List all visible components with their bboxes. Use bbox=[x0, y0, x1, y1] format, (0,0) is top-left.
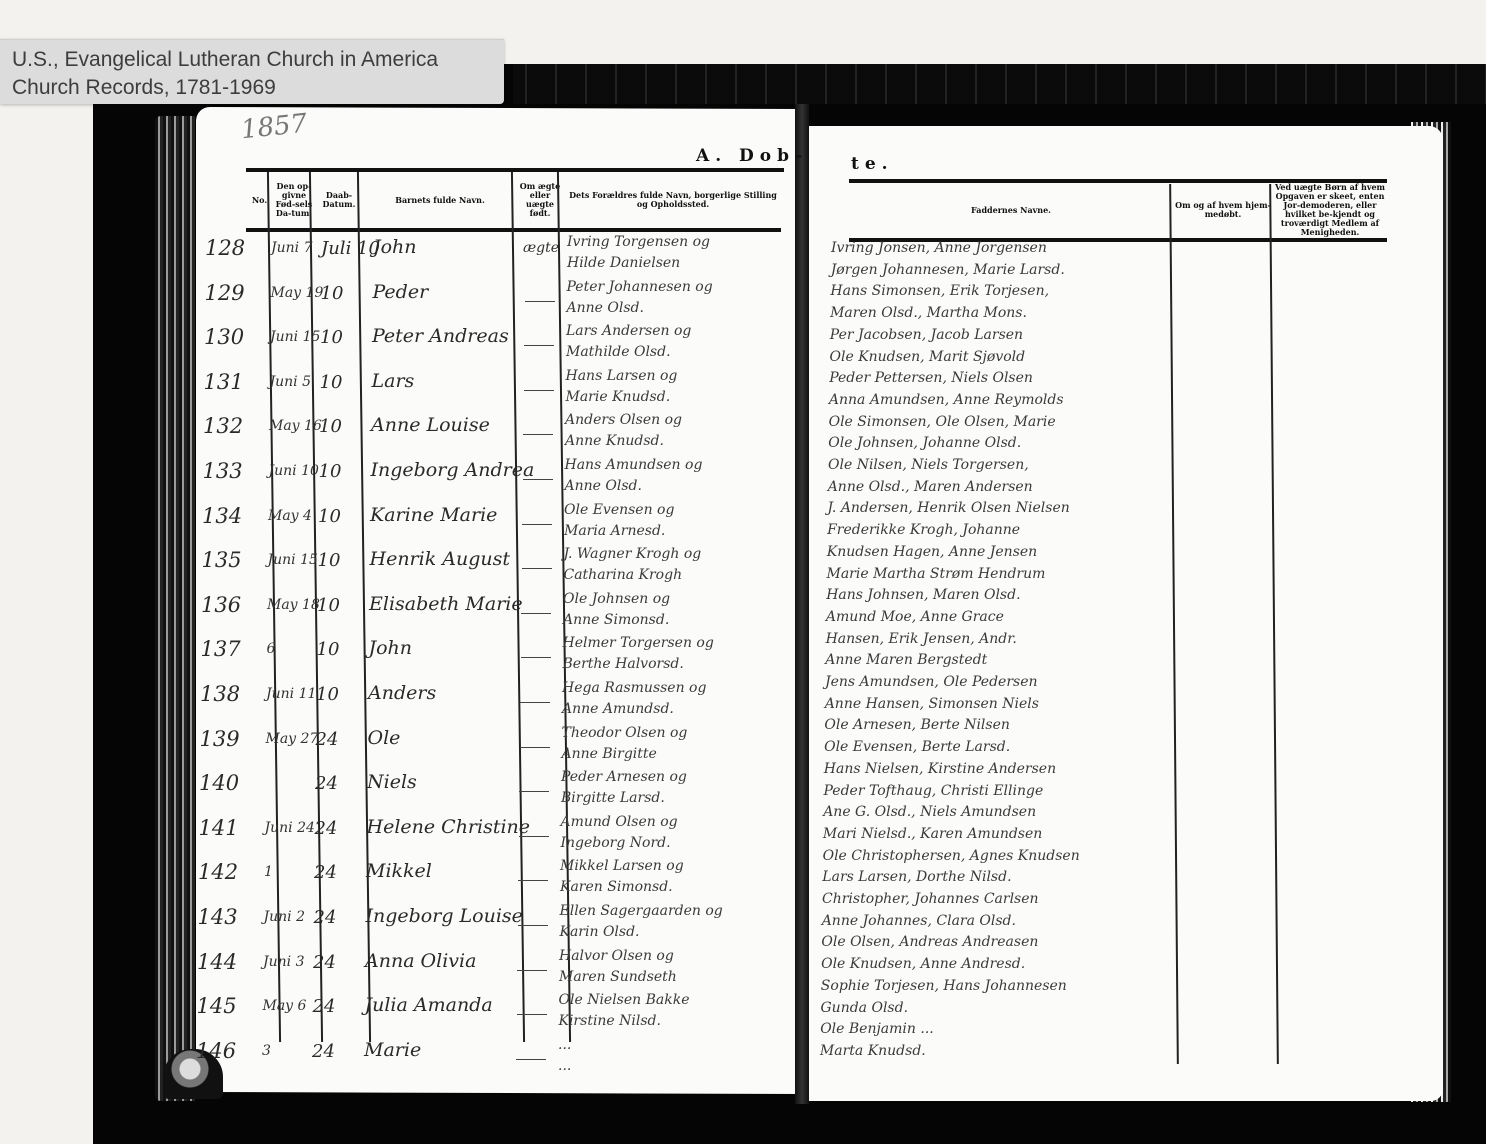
legitimacy-dash bbox=[522, 568, 552, 569]
baptism-date: 24 bbox=[315, 818, 338, 839]
left-column-header: Barnets fulde Navn. bbox=[363, 174, 517, 226]
parent-line: Halvor Olsen og bbox=[559, 948, 674, 964]
birth-date: May 27 bbox=[266, 731, 319, 747]
child-name: John bbox=[369, 637, 413, 659]
sponsor-line: J. Andersen, Henrik Olsen Nielsen bbox=[827, 500, 1069, 516]
parent-line: Ingeborg Nord. bbox=[561, 835, 671, 851]
legitimacy-dash bbox=[524, 345, 554, 346]
child-name: John bbox=[373, 236, 417, 258]
left-column-header: Dets Forældres fulde Navn, borgerlige St… bbox=[563, 174, 783, 226]
parent-line: J. Wagner Krogh og bbox=[564, 546, 702, 562]
parent-line: Hilde Danielsen bbox=[567, 255, 680, 271]
parent-line: Hans Larsen og bbox=[566, 368, 678, 384]
entry-number: 136 bbox=[201, 593, 241, 617]
legitimacy-dash bbox=[518, 925, 548, 926]
birth-date: May 16 bbox=[269, 418, 322, 434]
birth-date: Juni 3 bbox=[263, 954, 304, 970]
baptism-date: 24 bbox=[313, 996, 336, 1017]
entry-number: 143 bbox=[198, 905, 238, 929]
child-name: Karine Marie bbox=[370, 504, 497, 526]
entry-number: 139 bbox=[200, 727, 240, 751]
parent-line: Helmer Torgersen og bbox=[563, 635, 714, 651]
birth-date: Juni 7 bbox=[271, 240, 312, 256]
child-name: Niels bbox=[367, 771, 417, 793]
sponsor-line: Jens Amundsen, Ole Pedersen bbox=[825, 674, 1038, 690]
birth-date: Juni 15 bbox=[270, 329, 320, 345]
sponsor-line: Marie Martha Strøm Hendrum bbox=[827, 566, 1046, 582]
scanner-background bbox=[513, 64, 1486, 104]
sponsor-line: Marta Knudsd. bbox=[820, 1043, 926, 1059]
parent-line: Ole Johnsen og bbox=[563, 591, 670, 607]
baptism-date: 24 bbox=[314, 862, 337, 883]
right-column-header: Faddernes Navne. bbox=[849, 184, 1173, 236]
right-column-header: Ved uægte Børn af hvem Opgaven er skeet,… bbox=[1273, 184, 1387, 236]
parent-line: Mikkel Larsen og bbox=[560, 858, 684, 874]
sponsor-line: Ole Knudsen, Marit Sjøvold bbox=[830, 349, 1026, 365]
sponsor-line: Hans Nielsen, Kirstine Andersen bbox=[824, 761, 1056, 777]
birth-date: 1 bbox=[264, 864, 273, 880]
parent-line: Anne Simonsd. bbox=[563, 612, 669, 628]
baptism-date: 24 bbox=[314, 907, 337, 928]
record-image-viewer[interactable]: 1857 A. Dob- te. No.Den op-givne Fød-sel… bbox=[93, 64, 1486, 1144]
entry-number: 138 bbox=[200, 682, 240, 706]
parent-line: Hans Amundsen og bbox=[565, 457, 703, 473]
sponsor-line: Ivring Jonsen, Anne Jorgensen bbox=[831, 240, 1047, 256]
sponsor-line: Anne Maren Bergstedt bbox=[825, 652, 987, 668]
sponsor-line: Ole Johnsen, Johanne Olsd. bbox=[828, 435, 1021, 451]
birth-date: May 18 bbox=[267, 597, 320, 613]
child-name: Ole bbox=[368, 727, 401, 749]
entry-number: 132 bbox=[203, 414, 243, 438]
legitimacy-dash bbox=[519, 836, 549, 837]
sponsor-line: Hansen, Erik Jensen, Andr. bbox=[826, 631, 1017, 647]
baptism-date: 24 bbox=[316, 729, 339, 750]
birth-date: May 4 bbox=[268, 508, 312, 524]
child-name: Henrik August bbox=[370, 548, 511, 570]
birth-date: 3 bbox=[262, 1043, 271, 1059]
sponsor-line: Lars Larsen, Dorthe Nilsd. bbox=[822, 869, 1011, 885]
legitimacy-dash bbox=[517, 970, 547, 971]
parent-line: Theodor Olsen og bbox=[562, 725, 688, 741]
baptism-date: Juli 10 bbox=[321, 238, 380, 259]
legitimacy-dash bbox=[522, 524, 552, 525]
sponsor-line: Hans Johnsen, Maren Olsd. bbox=[826, 587, 1020, 603]
birth-date: 6 bbox=[267, 641, 276, 657]
sponsor-line: Ole Christophersen, Agnes Knudsen bbox=[823, 848, 1080, 864]
sponsor-line: Ole Olsen, Andreas Andreasen bbox=[821, 934, 1038, 950]
entry-number: 146 bbox=[196, 1039, 236, 1063]
legitimacy-dash bbox=[521, 657, 551, 658]
sponsor-line: Sophie Torjesen, Hans Johannesen bbox=[821, 978, 1067, 994]
parent-line: Catharina Krogh bbox=[564, 567, 683, 583]
legitimacy-dash bbox=[520, 702, 550, 703]
sponsor-line: Mari Nielsd., Karen Amundsen bbox=[823, 826, 1042, 842]
entry-number: 145 bbox=[197, 994, 237, 1018]
parent-line: Ellen Sagergaarden og bbox=[560, 903, 723, 919]
book-edge-left bbox=[155, 116, 195, 1101]
parent-line: Lars Andersen og bbox=[566, 323, 691, 339]
baptism-date: 10 bbox=[319, 461, 342, 482]
parent-line: Ivring Torgensen og bbox=[567, 234, 710, 250]
parent-line: ... bbox=[558, 1058, 571, 1074]
child-name: Marie bbox=[364, 1039, 421, 1061]
child-name: Mikkel bbox=[366, 860, 432, 882]
birth-date: May 19 bbox=[271, 285, 324, 301]
baptism-date: 10 bbox=[320, 327, 343, 348]
parent-line: Amund Olsen og bbox=[561, 814, 678, 830]
parent-line: Anne Olsd. bbox=[567, 300, 644, 316]
child-name: Lars bbox=[372, 370, 415, 392]
parent-line: Anne Birgitte bbox=[562, 746, 657, 762]
collection-title-line1: U.S., Evangelical Lutheran Church in Ame… bbox=[12, 46, 492, 74]
entry-number: 137 bbox=[201, 637, 241, 661]
section-title-right: te. bbox=[851, 154, 894, 174]
sponsor-line: Frederikke Krogh, Johanne bbox=[827, 522, 1020, 538]
entry-number: 142 bbox=[198, 860, 238, 884]
birth-date: Juni 10 bbox=[269, 463, 319, 479]
parent-line: Anders Olsen og bbox=[565, 412, 682, 428]
sponsor-line: Ole Knudsen, Anne Andresd. bbox=[821, 956, 1025, 972]
sponsor-line: Anne Olsd., Maren Andersen bbox=[828, 479, 1033, 495]
book-gutter bbox=[795, 104, 809, 1104]
sponsor-line: Ole Nilsen, Niels Torgersen, bbox=[828, 457, 1029, 473]
parent-line: Karin Olsd. bbox=[560, 924, 640, 940]
baptism-date: 24 bbox=[315, 773, 338, 794]
header-rule-top-left bbox=[246, 168, 784, 172]
baptism-date: 10 bbox=[318, 506, 341, 527]
parent-line: Anne Amundsd. bbox=[562, 701, 674, 717]
child-name: Anna Olivia bbox=[365, 950, 476, 972]
sponsor-line: Amund Moe, Anne Grace bbox=[826, 609, 1004, 625]
parent-line: Maren Sundseth bbox=[559, 969, 677, 985]
entry-number: 135 bbox=[202, 548, 242, 572]
legitimacy-dash bbox=[520, 747, 550, 748]
parent-line: Ole Evensen og bbox=[564, 502, 674, 518]
collection-title-line2: Church Records, 1781-1969 bbox=[12, 74, 492, 102]
entry-number: 129 bbox=[205, 281, 245, 305]
child-name: Peder bbox=[373, 281, 429, 303]
child-name: Anders bbox=[368, 682, 436, 704]
entry-number: 141 bbox=[199, 816, 239, 840]
sponsor-line: Per Jacobsen, Jacob Larsen bbox=[830, 327, 1023, 343]
parent-line: Marie Knudsd. bbox=[566, 389, 671, 405]
sponsor-line: Peder Pettersen, Niels Olsen bbox=[829, 370, 1033, 386]
baptism-date: 10 bbox=[318, 550, 341, 571]
entry-number: 130 bbox=[204, 325, 244, 349]
baptism-date: 10 bbox=[320, 372, 343, 393]
parent-line: Berthe Halvorsd. bbox=[563, 656, 684, 672]
parent-line: Mathilde Olsd. bbox=[566, 344, 671, 360]
sponsor-line: Maren Olsd., Martha Mons. bbox=[830, 305, 1027, 321]
parent-line: Hega Rasmussen og bbox=[562, 680, 706, 696]
left-column-header: Daab-Datum. bbox=[315, 174, 363, 226]
sponsor-line: Ole Simonsen, Ole Olsen, Marie bbox=[829, 414, 1056, 430]
sponsor-line: Anne Johannes, Clara Olsd. bbox=[822, 913, 1016, 929]
legitimacy-dash bbox=[524, 390, 554, 391]
sponsor-line: Anne Hansen, Simonsen Niels bbox=[825, 696, 1039, 712]
sponsor-line: Hans Simonsen, Erik Torjesen, bbox=[830, 283, 1049, 299]
parent-line: Maria Arnesd. bbox=[564, 523, 665, 539]
legitimacy-dash bbox=[519, 791, 549, 792]
entry-number: 140 bbox=[199, 771, 239, 795]
baptism-date: 10 bbox=[321, 283, 344, 304]
sponsor-line: Knudsen Hagen, Anne Jensen bbox=[827, 544, 1037, 560]
parent-line: Karen Simonsd. bbox=[560, 879, 673, 895]
baptism-date: 24 bbox=[312, 1041, 335, 1062]
child-name: Peter Andreas bbox=[372, 325, 509, 347]
baptism-date: 10 bbox=[316, 684, 339, 705]
entry-number: 128 bbox=[205, 236, 245, 260]
sponsor-line: Ane G. Olsd., Niels Amundsen bbox=[823, 804, 1036, 820]
birth-date: Juni 11 bbox=[266, 686, 316, 702]
sponsor-line: Ole Arnesen, Berte Nilsen bbox=[824, 717, 1010, 733]
birth-date: Juni 15 bbox=[268, 552, 318, 568]
entry-number: 144 bbox=[197, 950, 237, 974]
birth-date: Juni 2 bbox=[264, 909, 305, 925]
legitimacy-dash bbox=[518, 880, 548, 881]
sponsor-line: Peder Tofthaug, Christi Ellinge bbox=[824, 783, 1044, 799]
collection-title-tooltip: U.S., Evangelical Lutheran Church in Ame… bbox=[0, 39, 504, 104]
child-name: Julia Amanda bbox=[365, 994, 493, 1016]
child-name: Ingeborg Louise bbox=[366, 905, 523, 927]
entry-number: 134 bbox=[202, 504, 242, 528]
parent-line: ... bbox=[558, 1037, 571, 1053]
parent-line: Kirstine Nilsd. bbox=[559, 1013, 661, 1029]
parent-line: Birgitte Larsd. bbox=[561, 790, 665, 806]
parent-line: Peder Arnesen og bbox=[561, 769, 687, 785]
birth-date: Juni 24 bbox=[265, 820, 315, 836]
child-name: Anne Louise bbox=[371, 414, 490, 436]
baptism-date: 10 bbox=[319, 416, 342, 437]
sponsor-line: Christopher, Johannes Carlsen bbox=[822, 891, 1039, 907]
parent-line: Anne Knudsd. bbox=[565, 433, 664, 449]
section-title-left: A. Dob- bbox=[696, 146, 808, 166]
sponsor-line: Jørgen Johannesen, Marie Larsd. bbox=[831, 262, 1065, 278]
baptism-date: 10 bbox=[317, 595, 340, 616]
sponsor-line: Gunda Olsd. bbox=[821, 1000, 909, 1016]
entry-number: 131 bbox=[204, 370, 244, 394]
legitimacy-dash bbox=[521, 613, 551, 614]
legitimacy-dash bbox=[523, 479, 553, 480]
parent-line: Anne Olsd. bbox=[565, 478, 642, 494]
sponsor-line: Ole Evensen, Berte Larsd. bbox=[824, 739, 1010, 755]
legitimacy-dash bbox=[516, 1059, 546, 1060]
child-name: Ingeborg Andrea bbox=[371, 459, 535, 481]
child-name: Helene Christine bbox=[367, 816, 531, 838]
parent-line: Peter Johannesen og bbox=[567, 279, 713, 295]
birth-date: May 6 bbox=[263, 998, 307, 1014]
parent-line: Ole Nielsen Bakke bbox=[559, 992, 690, 1008]
sponsor-line: Ole Benjamin ... bbox=[820, 1021, 934, 1037]
legitimacy: ægte bbox=[523, 240, 559, 256]
birth-date: Juni 5 bbox=[270, 374, 311, 390]
legitimacy-dash bbox=[525, 301, 555, 302]
sponsor-line: Anna Amundsen, Anne Reymolds bbox=[829, 392, 1064, 408]
baptism-date: 24 bbox=[313, 952, 336, 973]
right-column-header: Om og af hvem hjem-medøbt. bbox=[1173, 184, 1273, 236]
child-name: Elisabeth Marie bbox=[369, 593, 523, 615]
baptism-date: 10 bbox=[317, 639, 340, 660]
entry-number: 133 bbox=[203, 459, 243, 483]
legitimacy-dash bbox=[523, 434, 553, 435]
legitimacy-dash bbox=[517, 1014, 547, 1015]
